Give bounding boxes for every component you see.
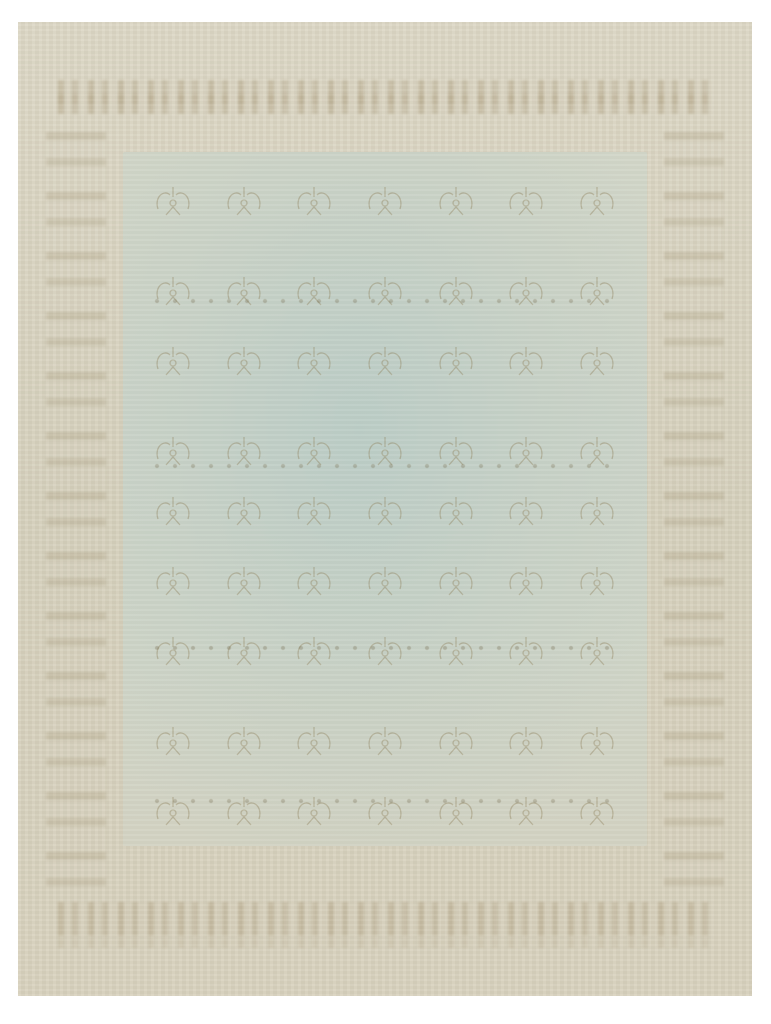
rug-image — [18, 22, 752, 996]
texture-overlay — [18, 22, 752, 996]
